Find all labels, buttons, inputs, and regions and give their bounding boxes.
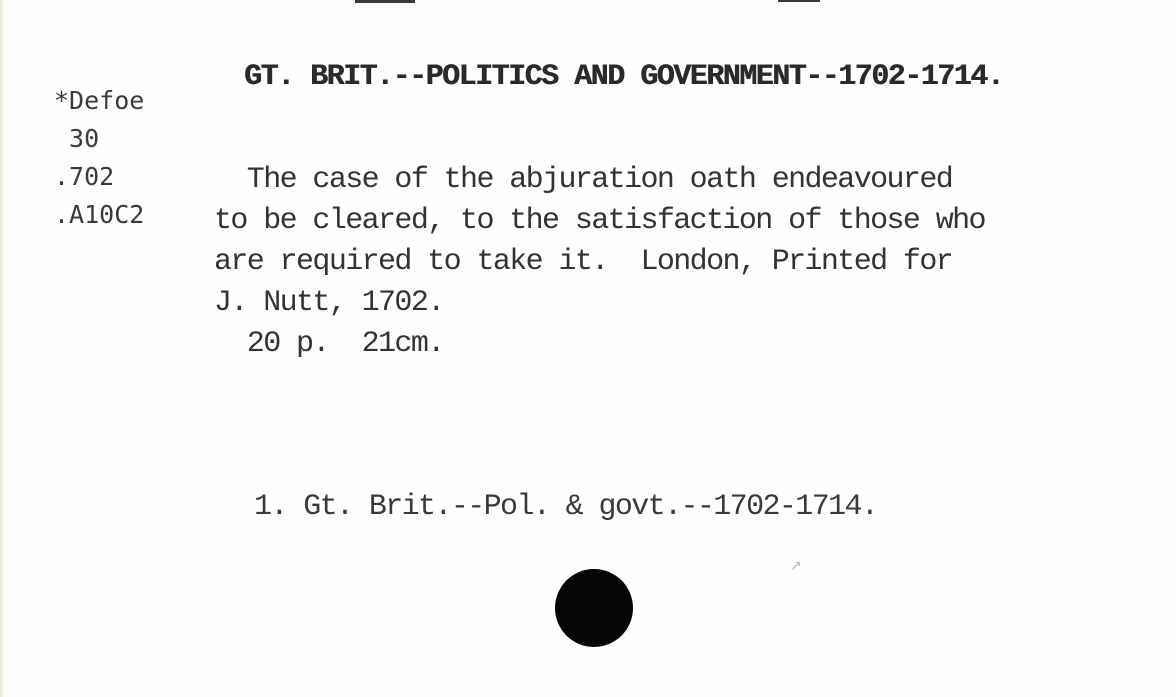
card-edge (0, 0, 4, 697)
call-number: *Defoe 30 .702 .A10C2 (54, 82, 144, 234)
top-edge-mark (355, 0, 415, 3)
punch-hole (555, 569, 633, 647)
catalog-card: *Defoe 30 .702 .A10C2 GT. BRIT.--POLITIC… (0, 0, 1176, 697)
subject-tracing: 1. Gt. Brit.--Pol. & govt.--1702-1714. (254, 490, 877, 524)
description-line: J. Nutt, 1702. (214, 283, 985, 324)
description-line: 20 p. 21cm. (214, 324, 985, 365)
call-number-line: 30 (54, 120, 144, 158)
description-line: to be cleared, to the satisfaction of th… (214, 201, 985, 242)
description-line: The case of the abjuration oath endeavou… (214, 160, 985, 201)
call-number-line: .A10C2 (54, 196, 144, 234)
bibliographic-description: The case of the abjuration oath endeavou… (214, 160, 985, 365)
call-number-line: .702 (54, 158, 144, 196)
subject-heading: GT. BRIT.--POLITICS AND GOVERNMENT--1702… (244, 60, 1003, 94)
call-number-line: *Defoe (54, 82, 144, 120)
top-edge-mark (778, 0, 820, 2)
description-line: are required to take it. London, Printed… (214, 242, 985, 283)
ink-speck: ↗ (790, 558, 802, 574)
